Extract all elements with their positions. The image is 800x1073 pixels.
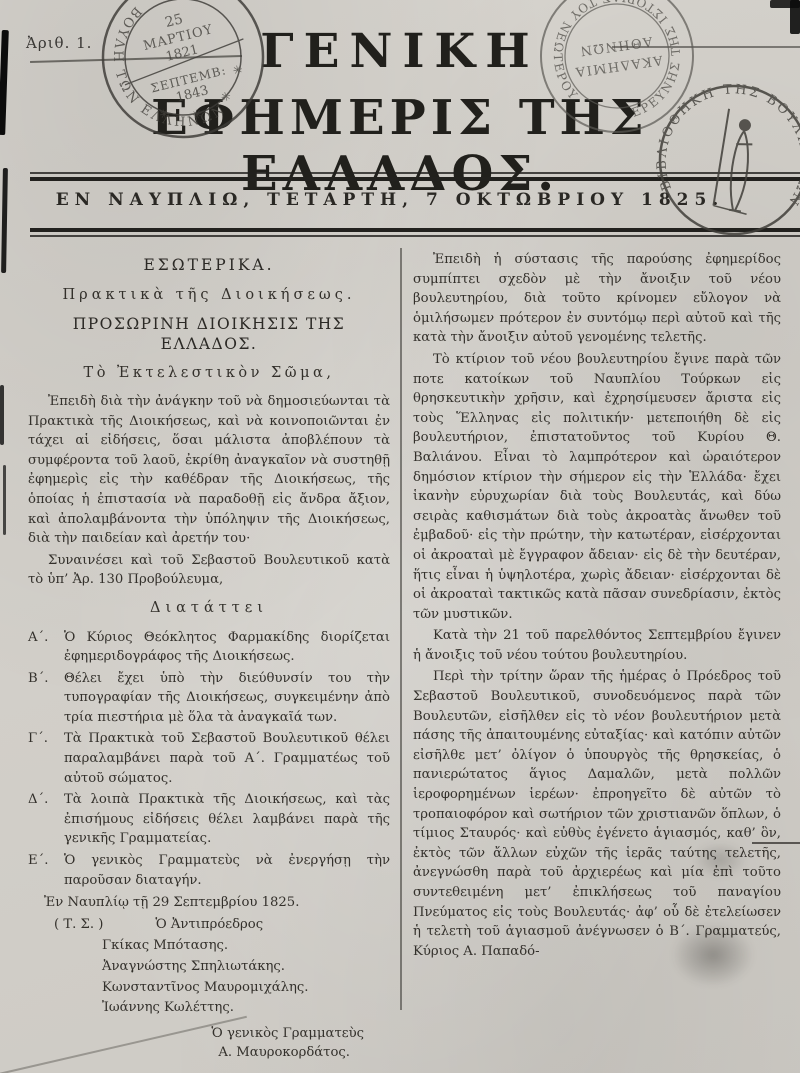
rule-bottom-thin [30,235,800,237]
signatures-block: Γκίκας Μπότασης. Ἀναγνώστης Σπηλιωτάκης.… [28,936,390,1017]
library-stamp-ring-text: ΒΙΒΛΙΟΘΗΚΗ ΤΗΣ ΒΟΥΛΗΣ ΤΩΝ [650,72,800,213]
right-paragraph-3: Κατὰ τὴν 21 τοῦ παρελθόντος Σεπτεμβρίου … [413,626,781,665]
signature: Γκίκας Μπότασης. [102,936,390,956]
article-text: Ὁ γενικὸς Γραμματεὺς νὰ ἐνεργήσῃ τὴν παρ… [64,853,390,888]
stray-pen-mark [752,842,800,844]
article-text: Ὁ Κύριος Θεόκλητος Φαρμακίδης διορίζεται… [64,630,390,665]
scan-edge-mark [0,385,4,445]
dates-stamp-day-top: 25 [163,11,184,31]
decree-heading: Διατάττει [28,599,390,619]
decree-article-3: Γ΄. Τὰ Πρακτικὰ τοῦ Σεβαστοῦ Βουλευτικοῦ… [28,729,390,788]
vice-president-title: Ὁ Ἀντιπρόεδρος [155,915,263,935]
stamp-star-icon: ✳ [231,62,244,78]
ink-smudge [668,920,758,990]
scan-edge-mark [1,168,8,273]
scan-edge-mark [3,465,6,535]
right-paragraph-2: Τὸ κτίριον τοῦ νέου βουλευτηρίου ἔγινε π… [413,350,781,624]
column-divider [400,248,402,1010]
right-paragraph-1: Ἐπειδὴ ἡ σύστασις τῆς παρούσης ἐφημερίδο… [413,250,781,348]
article-label: Δ΄. [28,790,48,810]
left-column: ΕΣΩΤΕΡΙΚΑ. Πρακτικὰ τῆς Διοικήσεως. ΠΡΟΣ… [28,250,390,1063]
decree-article-1: Α΄. Ὁ Κύριος Θεόκλητος Φαρμακίδης διορίζ… [28,628,390,667]
decree-article-5: Ε΄. Ὁ γενικὸς Γραμματεὺς νὰ ἐνεργήσῃ τὴν… [28,851,390,890]
scan-edge-mark [770,0,800,8]
decree-article-2: Β΄. Θέλει ἔχει ὑπὸ τὴν διεύθυνσίν του τὴ… [28,669,390,728]
svg-text:ΒΙΒΛΙΟΘΗΚΗ ΤΗΣ ΒΟΥΛΗΣ ΤΩΝ: ΒΙΒΛΙΟΘΗΚΗ ΤΗΣ ΒΟΥΛΗΣ ΤΩΝ [650,72,800,213]
section-header: ΕΣΩΤΕΡΙΚΑ. [28,256,390,276]
parliament-library-stamp: ΒΙΒΛΙΟΘΗΚΗ ΤΗΣ ΒΟΥΛΗΣ ΤΩΝ [646,72,800,248]
place-date-line: Ἐν Ναυπλίῳ τῇ 29 Σεπτεμβρίου 1825. [28,893,390,913]
newspaper-page: Ἀριθ. 1. ΓΕΝΙΚΗ ΕΦΗΜΕΡΙΣ ΤΗΣ ΕΛΛΑΔΟΣ. ΕΝ… [0,0,800,1073]
article-label: Ε΄. [28,851,48,871]
subheader-praktika: Πρακτικὰ τῆς Διοικήσεως. [28,286,390,306]
article-label: Α΄. [28,628,48,648]
right-paragraph-4: Περὶ τὴν τρίτην ὥραν τῆς ἡμέρας ὁ Πρόεδρ… [413,667,781,961]
left-paragraph-2: Συναινέσει καὶ τοῦ Σεβαστοῦ Βουλευτικοῦ … [28,551,390,590]
article-label: Β΄. [28,669,48,689]
signature: Ἀναγνώστης Σπηλιωτάκης. [102,957,390,977]
stamp-star-icon: ✳ [158,106,171,122]
ink-smudge [690,840,750,880]
subheader-provisional-administration: ΠΡΟΣΩΡΙΝΗ ΔΙΟΙΚΗΣΙΣ ΤΗΣ ΕΛΛΑΔΟΣ. [28,315,390,354]
decree-article-4: Δ΄. Τὰ λοιπὰ Πρακτικὰ τῆς Διοικήσεως, κα… [28,790,390,849]
seal-abbreviation: ( Τ. Σ. ) [54,915,103,935]
athena-figure-icon [713,109,761,215]
stamp-star-icon: ✳ [191,106,204,122]
signature: Κωνσταντῖνος Μαυρομιχάλης. [102,978,390,998]
left-paragraph-1: Ἐπειδὴ διὰ τὴν ἀνάγκην τοῦ νὰ δημοσιεύων… [28,392,390,549]
article-text: Θέλει ἔχει ὑπὸ τὴν διεύθυνσίν του τὴν τυ… [64,671,390,725]
article-text: Τὰ Πρακτικὰ τοῦ Σεβαστοῦ Βουλευτικοῦ θέλ… [64,731,390,785]
seal-line: ( Τ. Σ. ) Ὁ Ἀντιπρόεδρος [28,915,390,935]
secretary-block: Ὁ γενικὸς Γραμματεὺς Α. Μαυροκορδάτος. [28,1024,390,1063]
subheader-executive-body: Τὸ Ἐκτελεστικὸν Σῶμα, [28,364,390,384]
article-text: Τὰ λοιπὰ Πρακτικὰ τῆς Διοικήσεως, καὶ τὰ… [64,792,390,846]
article-label: Γ΄. [28,729,48,749]
secretary-name: Α. Μαυροκορδάτος. [28,1043,364,1063]
